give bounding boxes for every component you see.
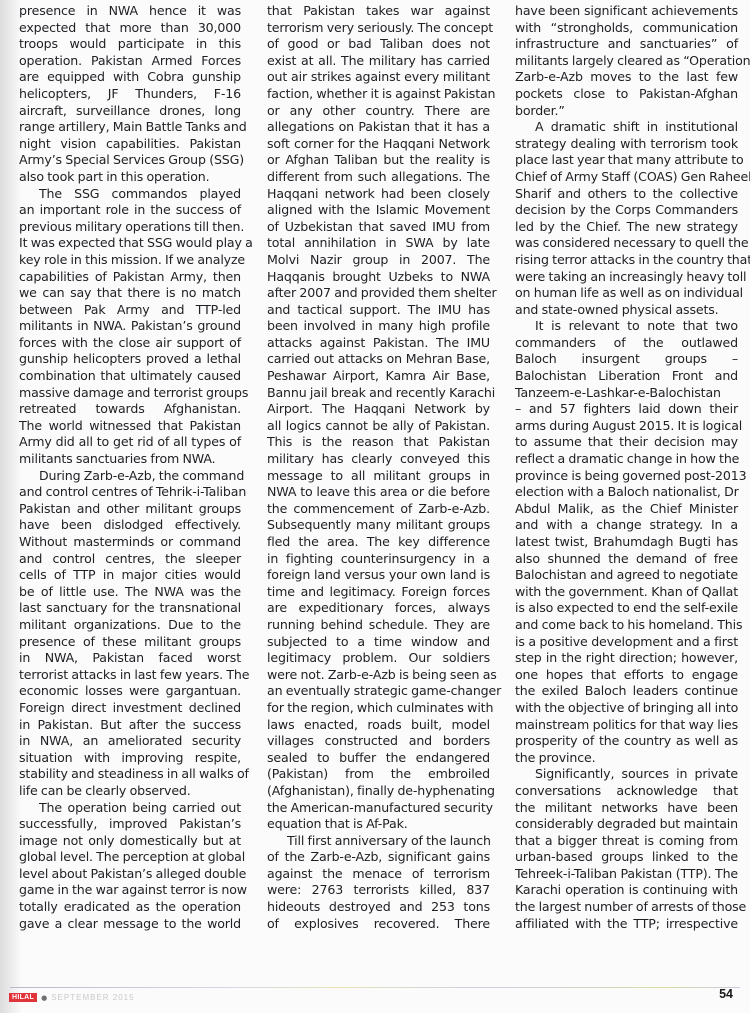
text-line: have been dislodged effectively.: [19, 517, 241, 534]
text-line: and state-owned physical assets.: [515, 302, 738, 319]
text-line: for the region, which culminates with: [267, 700, 490, 717]
text-line: carried out attacks on Mehran Base,: [267, 351, 490, 368]
text-line: terrorism very seriously. The concept: [267, 20, 490, 37]
text-line: sealed to buffer the endangered: [267, 750, 490, 767]
text-line: The world witnessed that Pakistan: [19, 418, 241, 435]
text-line: During Zarb-e-Azb, the command: [19, 468, 241, 485]
text-line: message to all militant groups in: [267, 468, 490, 485]
text-line: in fighting counterinsurgency in a: [267, 551, 490, 568]
text-line: attacks against Pakistan. The IMU: [267, 335, 490, 352]
text-line: (Afghanistan), finally de-hyphenating: [267, 783, 490, 800]
text-line: province is being governed post-2013: [515, 468, 738, 485]
text-line: Significantly, sources in private: [515, 766, 738, 783]
text-line: allegations on Pakistan that it has a: [267, 119, 490, 136]
text-line: Army’s Special Services Group (SSG): [19, 152, 241, 169]
text-line: Balochistan Liberation Front and: [515, 368, 738, 385]
text-line: last sanctuary for the transnational: [19, 600, 241, 617]
text-line: soft corner for the Haqqani Network: [267, 136, 490, 153]
text-line: border.”: [515, 103, 738, 120]
text-line: A dramatic shift in institutional: [515, 119, 738, 136]
text-line: time and legitimacy. Foreign forces: [267, 584, 490, 601]
text-line: is a positive development and a first: [515, 634, 738, 651]
text-line: we can say that there is no match: [19, 285, 241, 302]
text-line: militants sanctuaries from NWA.: [19, 451, 241, 468]
text-line: with the government. Khan of Qallat: [515, 584, 738, 601]
text-line: totally eradicated as the operation: [19, 899, 241, 916]
text-line: stability and steadiness in all walks of: [19, 766, 241, 783]
text-line: aircraft, surveillance drones, long: [19, 103, 241, 120]
text-line: Foreign direct investment declined: [19, 700, 241, 717]
text-line: fled the area. The key difference: [267, 534, 490, 551]
text-line: successfully, improved Pakistan’s: [19, 816, 241, 833]
text-line: in NWA, Pakistan faced worst: [19, 650, 241, 667]
text-line: It was expected that SSG would play a: [19, 235, 241, 252]
text-line: Till first anniversary of the launch: [267, 833, 490, 850]
text-line: previous military operations till then.: [19, 219, 241, 236]
text-line: have been significant achievements: [515, 3, 738, 20]
text-line: in NWA, an ameliorated security: [19, 733, 241, 750]
text-line: legitimacy problem. Our soldiers: [267, 650, 490, 667]
text-line: also took part in this operation.: [19, 169, 241, 186]
text-line: troops would participate in this: [19, 36, 241, 53]
text-line: Haqqanis brought Uzbeks to NWA: [267, 269, 490, 286]
text-line: conversations acknowledge that: [515, 783, 738, 800]
text-line: the largest number of arrests of those: [515, 899, 738, 916]
text-line: The SSG commandos played: [19, 186, 241, 203]
text-line: running behind schedule. They are: [267, 617, 490, 634]
text-line: gunship helicopters proved a lethal: [19, 351, 241, 368]
text-line: total annihilation in SWA by late: [267, 235, 490, 252]
text-line: were: 2763 terrorists killed, 837: [267, 882, 490, 899]
text-line: is also expected to end the self-exile: [515, 600, 738, 617]
text-line: and tactical support. The IMU has: [267, 302, 490, 319]
text-line: rising terror attacks in the country tha…: [515, 252, 738, 269]
text-line: presence in NWA hence it was: [19, 3, 241, 20]
text-line: Tanzeem-e-Lashkar-e-Balochistan: [515, 385, 738, 402]
text-line: life can be clearly observed.: [19, 783, 241, 800]
text-line: election with a Baloch nationalist, Dr: [515, 484, 738, 501]
text-line: an important role in the success of: [19, 202, 241, 219]
text-line: that Pakistan takes war against: [267, 3, 490, 20]
text-line: militants in NWA. Pakistan’s ground: [19, 318, 241, 335]
text-line: and control centres, the sleeper: [19, 551, 241, 568]
paragraph: that Pakistan takes war againstterrorism…: [267, 3, 490, 833]
text-line: urban-based groups linked to the: [515, 849, 738, 866]
text-line: or Afghan Taliban but the reality is: [267, 152, 490, 169]
text-line: This is the reason that Pakistan: [267, 434, 490, 451]
text-line: of explosives recovered. There: [267, 916, 490, 933]
text-line: It is relevant to note that two: [515, 318, 738, 335]
paragraph: During Zarb-e-Azb, the commandand contro…: [19, 468, 241, 800]
text-line: Haqqani network had been closely: [267, 186, 490, 203]
bullet-separator-icon: ●: [41, 994, 47, 1002]
text-line: expected that more than 30,000: [19, 20, 241, 37]
text-line: economic losses were gargantuan.: [19, 683, 241, 700]
text-line: the militant networks have been: [515, 800, 738, 817]
text-line: against the menace of terrorism: [267, 866, 490, 883]
text-line: decision by the Corps Commanders: [515, 202, 738, 219]
issue-date: SEPTEMBER 2015: [51, 993, 134, 1002]
text-line: Pakistan and other militant groups: [19, 501, 241, 518]
text-line: of Uzbekistan that saved IMU from: [267, 219, 490, 236]
text-line: equation that is Af-Pak.: [267, 816, 490, 833]
text-line: Chief of Army Staff (COAS) Gen Raheel: [515, 169, 738, 186]
text-line: Bannu jail break and recently Karachi: [267, 385, 490, 402]
text-line: in Pakistan. But after the success: [19, 717, 241, 734]
text-line: NWA to leave this area or die before: [267, 484, 490, 501]
text-line: of the Zarb-e-Azb, significant gains: [267, 849, 490, 866]
paragraph: It is relevant to note that twocommander…: [515, 318, 738, 766]
text-line: terrorist attacks in last few years. The: [19, 667, 241, 684]
paragraph: have been significant achievementswith “…: [515, 3, 738, 119]
text-line: (Pakistan) from the embroiled: [267, 766, 490, 783]
text-line: capabilities of Pakistan Army, then: [19, 269, 241, 286]
text-line: retreated towards Afghanistan.: [19, 401, 241, 418]
column-left: presence in NWA hence it wasexpected tha…: [19, 3, 241, 932]
text-line: were taking an increasingly heavy toll: [515, 269, 738, 286]
text-line: hideouts destroyed and 253 tons: [267, 899, 490, 916]
text-line: exist at all. The military has carried: [267, 53, 490, 70]
text-line: one hopes that efforts to engage: [515, 667, 738, 684]
footer-brand: HILAL ● SEPTEMBER 2015: [9, 993, 135, 1002]
text-line: on human life as well as on individual: [515, 285, 738, 302]
text-line: militants largely cleared as “Operation: [515, 53, 738, 70]
text-line: Subsequently many militant groups: [267, 517, 490, 534]
text-line: step in the right direction; however,: [515, 650, 738, 667]
text-line: Zarb-e-Azb moves to the last few: [515, 69, 738, 86]
text-line: Without masterminds or command: [19, 534, 241, 551]
text-line: were not. Zarb-e-Azb is being seen as: [267, 667, 490, 684]
paragraph: The SSG commandos playedan important rol…: [19, 186, 241, 468]
text-line: to assume that their decision may: [515, 434, 738, 451]
text-line: after 2007 and provided them shelter: [267, 285, 490, 302]
text-line: considerably degraded but maintain: [515, 816, 738, 833]
text-line: laws enacted, roads built, model: [267, 717, 490, 734]
text-line: commanders of the outlawed: [515, 335, 738, 352]
column-right: have been significant achievementswith “…: [515, 3, 738, 932]
text-line: and control centres of Tehrik-i-Taliban: [19, 484, 241, 501]
text-line: or any other country. There are: [267, 103, 490, 120]
text-line: infrastructure and sanctuaries” of: [515, 36, 738, 53]
text-line: reflect a dramatic change in how the: [515, 451, 738, 468]
text-line: game in the war against terror is now: [19, 882, 241, 899]
text-line: place last year that many attribute to: [515, 152, 738, 169]
text-line: presence of these militant groups: [19, 634, 241, 651]
text-line: image not only domestically but at: [19, 833, 241, 850]
text-line: led by the Chief. The new strategy: [515, 219, 738, 236]
text-line: gave a clear message to the world: [19, 916, 241, 933]
text-line: different from such allegations. The: [267, 169, 490, 186]
text-line: are equipped with Cobra gunship: [19, 69, 241, 86]
text-line: be of little use. The NWA was the: [19, 584, 241, 601]
text-line: – and 57 fighters laid down their: [515, 401, 738, 418]
text-line: the American-manufactured security: [267, 800, 490, 817]
text-line: Tehreek-i-Taliban Pakistan (TTP). The: [515, 866, 738, 883]
text-line: aligned with the Islamic Movement: [267, 202, 490, 219]
text-line: militant organizations. Due to the: [19, 617, 241, 634]
text-line: level about Pakistan’s alleged double: [19, 866, 241, 883]
text-line: combination that ultimately caused: [19, 368, 241, 385]
text-line: Baloch insurgent groups –: [515, 351, 738, 368]
text-line: The operation being carried out: [19, 800, 241, 817]
paragraph: A dramatic shift in institutionalstrateg…: [515, 119, 738, 318]
text-line: helicopters, JF Thunders, F-16: [19, 86, 241, 103]
text-line: Abdul Malik, as the Chief Minister: [515, 501, 738, 518]
text-line: was considered necessary to quell the: [515, 235, 738, 252]
text-line: the province.: [515, 750, 738, 767]
text-line: also shunned the demand of free: [515, 551, 738, 568]
text-line: villages constructed and borders: [267, 733, 490, 750]
text-line: with “strongholds, communication: [515, 20, 738, 37]
text-line: and come back to his homeland. This: [515, 617, 738, 634]
text-line: arms during August 2015. It is logical: [515, 418, 738, 435]
text-line: Molvi Nazir group in 2007. The: [267, 252, 490, 269]
text-line: prosperity of the country as well as: [515, 733, 738, 750]
text-line: with the objective of bringing all into: [515, 700, 738, 717]
text-line: of good or bad Taliban does not: [267, 36, 490, 53]
text-line: and with a change strategy. In a: [515, 517, 738, 534]
text-line: night vision capabilities. Pakistan: [19, 136, 241, 153]
text-line: Army did all to get rid of all types of: [19, 434, 241, 451]
text-line: that a bigger threat is coming from: [515, 833, 738, 850]
text-line: massive damage and terrorist groups: [19, 385, 241, 402]
text-line: latest twist, Brahumdagh Bugti has: [515, 534, 738, 551]
column-middle: that Pakistan takes war againstterrorism…: [267, 3, 490, 932]
text-line: military has clearly conveyed this: [267, 451, 490, 468]
paragraph: presence in NWA hence it wasexpected tha…: [19, 3, 241, 186]
paragraph: Till first anniversary of the launchof t…: [267, 833, 490, 933]
text-line: an eventually strategic game-changer: [267, 683, 490, 700]
text-line: been involved in many high profile: [267, 318, 490, 335]
text-line: Karachi operation is continuing with: [515, 882, 738, 899]
text-line: cells of TTP in major cities would: [19, 567, 241, 584]
text-line: are expeditionary forces, always: [267, 600, 490, 617]
text-line: all logics cannot be ally of Pakistan.: [267, 418, 490, 435]
text-line: situation with improving respite,: [19, 750, 241, 767]
text-line: key role in this mission. If we analyze: [19, 252, 241, 269]
text-line: Airport. The Haqqani Network by: [267, 401, 490, 418]
text-line: operation. Pakistan Armed Forces: [19, 53, 241, 70]
text-line: forces with the close air support of: [19, 335, 241, 352]
text-line: affiliated with the TTP; irrespective: [515, 916, 738, 933]
text-line: between Pak Army and TTP-led: [19, 302, 241, 319]
paragraph: Significantly, sources in privateconvers…: [515, 766, 738, 932]
footer-divider: [10, 987, 740, 988]
paragraph: The operation being carried outsuccessfu…: [19, 800, 241, 933]
page-number: 54: [719, 987, 733, 1001]
text-line: subjected to a time window and: [267, 634, 490, 651]
text-line: the exiled Baloch leaders continue: [515, 683, 738, 700]
text-line: strategy dealing with terrorism took: [515, 136, 738, 153]
publication-logo: HILAL: [9, 993, 37, 1002]
text-line: faction, whether it is against Pakistan: [267, 86, 490, 103]
text-line: foreign land versus your own land is: [267, 567, 490, 584]
text-line: range artillery, Main Battle Tanks and: [19, 119, 241, 136]
text-line: pockets close to Pakistan-Afghan: [515, 86, 738, 103]
text-line: global level. The perception at global: [19, 849, 241, 866]
text-line: Peshawar Airport, Kamra Air Base,: [267, 368, 490, 385]
text-line: mainstream politics for that way lies: [515, 717, 738, 734]
text-line: Sharif and others to the collective: [515, 186, 738, 203]
text-line: Balochistan and agreed to negotiate: [515, 567, 738, 584]
text-line: out air strikes against every militant: [267, 69, 490, 86]
text-line: the commencement of Zarb-e-Azb.: [267, 501, 490, 518]
